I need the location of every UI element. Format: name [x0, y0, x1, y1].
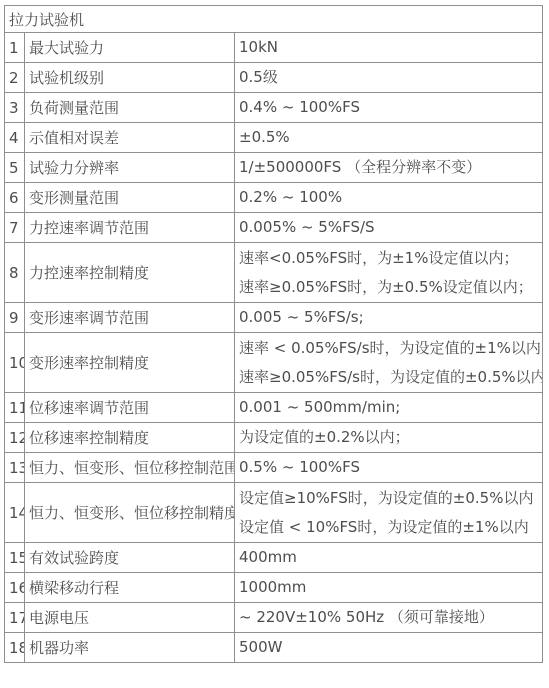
row-number: 5 [5, 153, 25, 183]
row-value: 0.5级 [235, 63, 543, 93]
row-number: 4 [5, 123, 25, 153]
row-number: 8 [5, 243, 25, 303]
row-number: 2 [5, 63, 25, 93]
row-value-line: 1000mm [239, 573, 538, 602]
spec-row: 4 示值相对误差 ±0.5% [5, 123, 543, 153]
row-label: 最大试验力 [25, 33, 235, 63]
row-value-line: 速率<0.05%FS时，为±1%设定值以内； [239, 244, 538, 273]
table-title-row: 拉力试验机 [5, 6, 543, 33]
row-value-line: 速率≥0.05%FS时，为±0.5%设定值以内； [239, 273, 538, 302]
row-value-line: 400mm [239, 543, 538, 572]
row-value-line: 0.005% ~ 5%FS/S [239, 213, 538, 242]
row-value-line: 0.001 ~ 500mm/min; [239, 393, 538, 422]
spec-row: 2 试验机级别 0.5级 [5, 63, 543, 93]
row-label: 机器功率 [25, 633, 235, 663]
row-number: 18 [5, 633, 25, 663]
spec-table: 拉力试验机 1 最大试验力 10kN 2 试验机级别 0.5级 3 负荷测量范围… [4, 5, 543, 663]
spec-row: 12 位移速率控制精度 为设定值的±0.2%以内； [5, 423, 543, 453]
row-value: 1/±500000FS （全程分辨率不变） [235, 153, 543, 183]
row-value: 速率<0.05%FS时，为±1%设定值以内；速率≥0.05%FS时，为±0.5%… [235, 243, 543, 303]
row-number: 10 [5, 333, 25, 393]
row-value-line: 1/±500000FS （全程分辨率不变） [239, 153, 538, 182]
row-value-line: ~ 220V±10% 50Hz （须可靠接地） [239, 603, 538, 632]
row-value: 0.005% ~ 5%FS/S [235, 213, 543, 243]
row-value: ±0.5% [235, 123, 543, 153]
row-value: 设定值≥10%FS时，为设定值的±0.5%以内设定值 < 10%FS时，为设定值… [235, 483, 543, 543]
spec-row: 6 变形测量范围 0.2% ~ 100% [5, 183, 543, 213]
row-number: 1 [5, 33, 25, 63]
row-value: 0.4% ~ 100%FS [235, 93, 543, 123]
spec-row: 17 电源电压 ~ 220V±10% 50Hz （须可靠接地） [5, 603, 543, 633]
row-value: 为设定值的±0.2%以内； [235, 423, 543, 453]
row-value: 0.001 ~ 500mm/min; [235, 393, 543, 423]
row-label: 试验机级别 [25, 63, 235, 93]
spec-row: 9 变形速率调节范围 0.005 ~ 5%FS/s; [5, 303, 543, 333]
row-label: 电源电压 [25, 603, 235, 633]
row-label: 变形测量范围 [25, 183, 235, 213]
row-value-line: 0.5级 [239, 63, 538, 92]
spec-row: 3 负荷测量范围 0.4% ~ 100%FS [5, 93, 543, 123]
spec-row: 5 试验力分辨率 1/±500000FS （全程分辨率不变） [5, 153, 543, 183]
row-value: ~ 220V±10% 50Hz （须可靠接地） [235, 603, 543, 633]
row-value-line: 0.005 ~ 5%FS/s; [239, 303, 538, 332]
row-value-line: 500W [239, 633, 538, 662]
row-label: 变形速率控制精度 [25, 333, 235, 393]
row-value-line: 0.2% ~ 100% [239, 183, 538, 212]
row-label: 位移速率控制精度 [25, 423, 235, 453]
row-value-line: 10kN [239, 33, 538, 62]
row-label: 横梁移动行程 [25, 573, 235, 603]
page: 拉力试验机 1 最大试验力 10kN 2 试验机级别 0.5级 3 负荷测量范围… [0, 0, 549, 688]
spec-row: 11 位移速率调节范围 0.001 ~ 500mm/min; [5, 393, 543, 423]
row-value: 0.005 ~ 5%FS/s; [235, 303, 543, 333]
row-value: 10kN [235, 33, 543, 63]
spec-row: 18 机器功率 500W [5, 633, 543, 663]
row-label: 有效试验跨度 [25, 543, 235, 573]
spec-row: 16 横梁移动行程 1000mm [5, 573, 543, 603]
row-value-line: 0.4% ~ 100%FS [239, 93, 538, 122]
row-value-line: 设定值≥10%FS时，为设定值的±0.5%以内 [239, 484, 538, 513]
spec-row: 13 恒力、恒变形、恒位移控制范围 0.5% ~ 100%FS [5, 453, 543, 483]
row-value: 0.5% ~ 100%FS [235, 453, 543, 483]
spec-row: 15 有效试验跨度 400mm [5, 543, 543, 573]
row-value-line: 0.5% ~ 100%FS [239, 453, 538, 482]
row-number: 6 [5, 183, 25, 213]
row-label: 负荷测量范围 [25, 93, 235, 123]
row-number: 12 [5, 423, 25, 453]
row-label: 位移速率调节范围 [25, 393, 235, 423]
spec-row: 8 力控速率控制精度 速率<0.05%FS时，为±1%设定值以内；速率≥0.05… [5, 243, 543, 303]
spec-row: 7 力控速率调节范围 0.005% ~ 5%FS/S [5, 213, 543, 243]
row-label: 变形速率调节范围 [25, 303, 235, 333]
row-number: 9 [5, 303, 25, 333]
row-number: 14 [5, 483, 25, 543]
row-number: 15 [5, 543, 25, 573]
row-value: 速率 < 0.05%FS/s时，为设定值的±1%以内；速率≥0.05%FS/s时… [235, 333, 543, 393]
row-number: 11 [5, 393, 25, 423]
row-value: 400mm [235, 543, 543, 573]
row-label: 示值相对误差 [25, 123, 235, 153]
row-number: 13 [5, 453, 25, 483]
row-value-line: 速率 < 0.05%FS/s时，为设定值的±1%以内； [239, 334, 538, 363]
spec-row: 14 恒力、恒变形、恒位移控制精度 设定值≥10%FS时，为设定值的±0.5%以… [5, 483, 543, 543]
row-label: 力控速率调节范围 [25, 213, 235, 243]
row-number: 17 [5, 603, 25, 633]
row-number: 16 [5, 573, 25, 603]
row-value-line: 设定值 < 10%FS时，为设定值的±1%以内 [239, 513, 538, 542]
table-title: 拉力试验机 [5, 6, 543, 33]
row-value: 500W [235, 633, 543, 663]
row-value-line: ±0.5% [239, 123, 538, 152]
row-label: 力控速率控制精度 [25, 243, 235, 303]
row-label: 恒力、恒变形、恒位移控制精度 [25, 483, 235, 543]
row-value-line: 为设定值的±0.2%以内； [239, 423, 538, 452]
row-value: 1000mm [235, 573, 543, 603]
spec-row: 1 最大试验力 10kN [5, 33, 543, 63]
row-label: 恒力、恒变形、恒位移控制范围 [25, 453, 235, 483]
row-value: 0.2% ~ 100% [235, 183, 543, 213]
row-label: 试验力分辨率 [25, 153, 235, 183]
spec-row: 10 变形速率控制精度 速率 < 0.05%FS/s时，为设定值的±1%以内；速… [5, 333, 543, 393]
row-number: 3 [5, 93, 25, 123]
row-value-line: 速率≥0.05%FS/s时，为设定值的±0.5%以内； [239, 363, 538, 392]
row-number: 7 [5, 213, 25, 243]
